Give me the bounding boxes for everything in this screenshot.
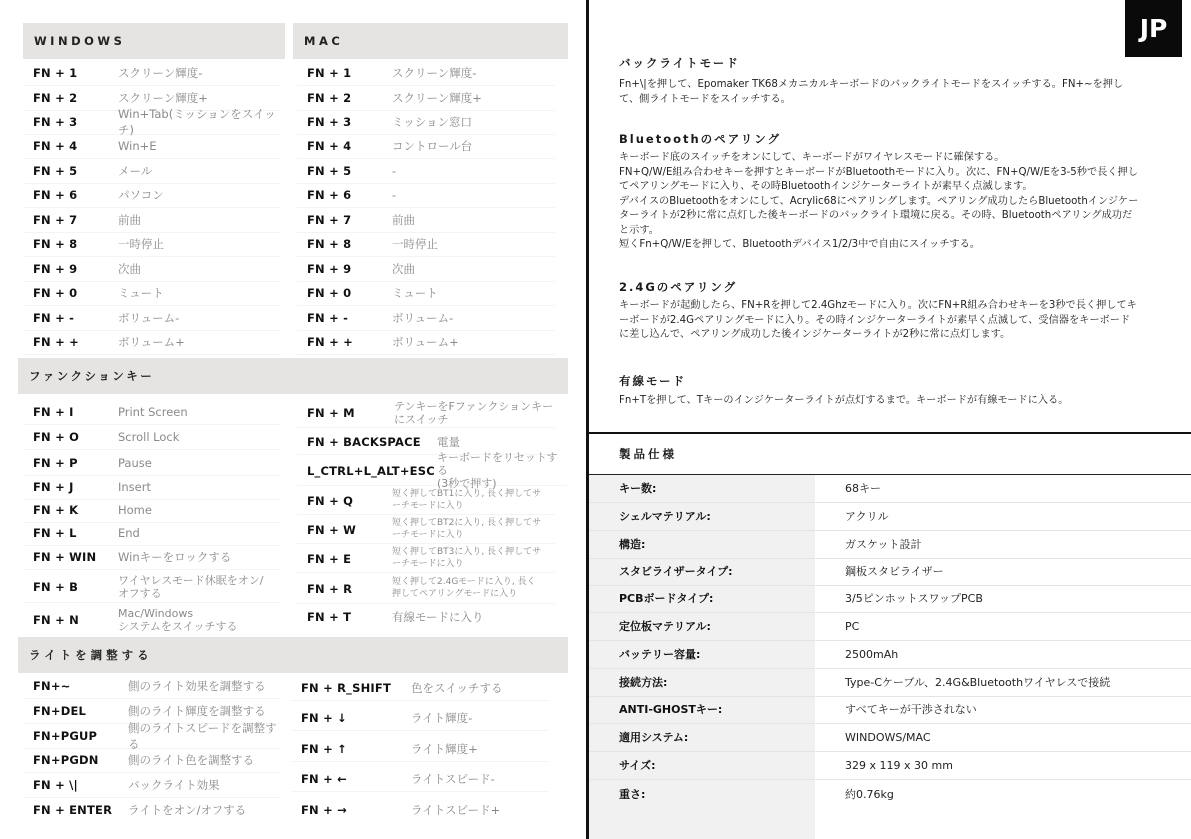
shortcut-action: スクリーン輝度- — [392, 65, 476, 81]
specs-title: 製品仕様 — [619, 446, 677, 462]
shortcut-action: - — [392, 188, 396, 202]
shortcut-action: Mac/Windows システムをスイッチする — [118, 607, 237, 633]
spec-value: すべてキーが干渉されない — [845, 701, 977, 717]
shortcut-key: FN + 8 — [33, 237, 77, 251]
shortcut-action: Home — [118, 503, 152, 517]
shortcut-key: FN+~ — [33, 679, 71, 693]
table-row: FN + NMac/Windows システムをスイッチする — [23, 604, 281, 636]
shortcut-key: FN + 1 — [33, 66, 77, 80]
table-row: FN + Q短く押してBT1に入り, 長く押してサ ーチモードに入り — [297, 487, 555, 515]
shortcut-panel: WINDOWS MAC FN + 1スクリーン輝度- FN + 2スクリーン輝度… — [0, 0, 586, 839]
spec-value: PC — [845, 620, 859, 633]
shortcut-action: ミッション窓口 — [392, 114, 472, 130]
shortcut-key: FN + ← — [301, 772, 347, 786]
table-row: FN + LEnd — [23, 521, 281, 546]
shortcut-action: コントロール台 — [392, 138, 472, 154]
shortcut-action: 前曲 — [392, 212, 415, 228]
shortcut-action: 次曲 — [118, 261, 141, 277]
shortcut-key: FN + + — [307, 335, 353, 349]
shortcut-key: FN + → — [301, 803, 347, 817]
spec-label: サイズ: — [619, 757, 656, 773]
spec-value: アクリル — [845, 508, 889, 524]
shortcut-action: ライトスピード- — [411, 771, 495, 787]
table-row: FN + W短く押してBT2に入り, 長く押してサ ーチモードに入り — [297, 516, 555, 544]
backlight-title: バックライトモード — [619, 55, 740, 71]
shortcut-action: 前曲 — [118, 212, 141, 228]
shortcut-key: FN + P — [33, 456, 78, 470]
spec-label: 適用システム: — [619, 729, 688, 745]
shortcut-key: FN + 9 — [33, 262, 77, 276]
table-row: FN + -ボリューム- — [23, 306, 281, 331]
shortcut-key: FN + - — [33, 311, 74, 325]
table-row: FN+~側のライト効果を調整する — [23, 674, 281, 699]
wired-text: Fn+Tを押して、Tキーのインジケーターライトが点灯するまで。キーボードが有線モ… — [619, 394, 1139, 409]
spec-value: 鋼板スタビライザー — [845, 563, 944, 579]
spec-value: Type-Cケーブル、2.4G&Bluetoothワイヤレスで接続 — [845, 674, 1110, 690]
table-row: FN + ↑ライト輝度+ — [291, 737, 549, 762]
shortcut-action: ミュート — [118, 285, 164, 301]
shortcut-key: FN + BACKSPACE — [307, 435, 421, 449]
table-row: FN + WINWinキーをロックする — [23, 545, 281, 570]
table-row: FN + OScroll Lock — [23, 425, 281, 450]
shortcut-key: FN + - — [307, 311, 348, 325]
shortcut-action: ライトをオン/オフする — [128, 802, 246, 818]
table-row: FN + 6- — [297, 183, 555, 208]
spec-label: シェルマテリアル: — [619, 508, 711, 524]
shortcut-key: FN + 4 — [307, 139, 351, 153]
shortcut-key: FN+PGDN — [33, 753, 99, 767]
table-row: FN + 1スクリーン輝度- — [297, 61, 555, 86]
shortcut-action: バックライト効果 — [128, 777, 220, 793]
shortcut-key: FN + W — [307, 523, 356, 537]
shortcut-key: FN + E — [307, 552, 351, 566]
table-row: 定位板マテリアル:PC — [589, 613, 1191, 641]
shortcut-key: FN + 3 — [33, 115, 77, 129]
shortcut-action: Pause — [118, 456, 152, 470]
table-row: 適用システム:WINDOWS/MAC — [589, 724, 1191, 752]
backlight-text: Fn+\|を押して、Epomaker TK68メカニカルキーボードのバックライト… — [619, 78, 1139, 107]
spec-label: 定位板マテリアル: — [619, 618, 711, 634]
shortcut-action: ボリューム+ — [392, 334, 459, 350]
shortcut-action: 一時停止 — [118, 236, 164, 252]
shortcut-key: FN + 3 — [307, 115, 351, 129]
table-row: FN + R_SHIFT色をスイッチする — [291, 676, 549, 701]
table-row: FN + 3Win+Tab(ミッションをスイッチ) — [23, 110, 281, 135]
shortcut-action: 電量 — [437, 434, 460, 450]
shortcut-key: FN + N — [33, 613, 79, 627]
g24-text: キーボードが起動したら、FN+Rを押して2.4Ghzモードに入り。次にFN+R組… — [619, 299, 1139, 343]
table-row: FN + T有線モードに入り — [297, 605, 555, 630]
table-row: FN+PGDN側のライト色を調整する — [23, 748, 281, 773]
shortcut-action: スクリーン輝度+ — [392, 90, 482, 106]
shortcut-action: ボリューム- — [118, 310, 179, 326]
shortcut-key: FN + 0 — [307, 286, 351, 300]
spec-label: スタビライザータイプ: — [619, 563, 733, 579]
table-row: FN + 8一時停止 — [23, 232, 281, 257]
shortcut-action: ボリューム+ — [118, 334, 185, 350]
shortcut-action: 短く押してBT1に入り, 長く押してサ ーチモードに入り — [392, 489, 541, 512]
shortcut-key: FN+PGUP — [33, 729, 97, 743]
table-row: FN + IPrint Screen — [23, 400, 281, 425]
table-row: FN+PGUP側のライトスピードを調整する — [23, 724, 281, 749]
shortcut-action: End — [118, 526, 140, 540]
shortcut-key: FN + 6 — [33, 188, 77, 202]
shortcut-action: Insert — [118, 480, 151, 494]
spec-label: 重さ: — [619, 786, 645, 802]
shortcut-key: FN + R — [307, 582, 352, 596]
table-row: シェルマテリアル:アクリル — [589, 503, 1191, 531]
spec-label: キー数: — [619, 480, 656, 496]
shortcut-key: FN + J — [33, 480, 74, 494]
shortcut-key: FN + 2 — [33, 91, 77, 105]
shortcut-action: スクリーン輝度+ — [118, 90, 208, 106]
table-row: バッテリー容量:2500mAh — [589, 641, 1191, 669]
shortcut-key: FN + WIN — [33, 550, 96, 564]
table-row: FN + ←ライトスピード- — [291, 767, 549, 792]
table-row: FN + Bワイヤレスモード休眠をオン/ オフする — [23, 571, 281, 603]
table-row: 重さ:約0.76kg — [589, 780, 1191, 808]
table-row: FN + 9次曲 — [23, 257, 281, 282]
shortcut-key: FN + B — [33, 580, 78, 594]
table-row: FN + 5メール — [23, 159, 281, 184]
shortcut-action: 次曲 — [392, 261, 415, 277]
table-row: FN + 1スクリーン輝度- — [23, 61, 281, 86]
shortcut-action: Win+E — [118, 139, 157, 153]
spec-value: 329 x 119 x 30 mm — [845, 759, 953, 772]
spec-value: WINDOWS/MAC — [845, 731, 931, 744]
shortcut-action: 有線モードに入り — [392, 609, 484, 625]
mac-section-header: MAC — [293, 23, 568, 59]
table-row: L_CTRL+L_ALT+ESCキーボードをリセットする (3秒で押す) — [297, 456, 567, 486]
shortcut-action: テンキーをFファンクションキー にスイッチ — [394, 400, 553, 426]
table-row: FN + +ボリューム+ — [297, 330, 555, 355]
table-row: FN + ENTERライトをオン/オフする — [23, 798, 281, 823]
table-row: PCBボードタイプ:3/5ピンホットスワップPCB — [589, 585, 1191, 613]
spec-value: 3/5ピンホットスワップPCB — [845, 590, 983, 606]
spec-label: 構造: — [619, 536, 645, 552]
table-row: FN + +ボリューム+ — [23, 330, 281, 355]
shortcut-key: FN + 7 — [33, 213, 77, 227]
shortcut-action: 一時停止 — [392, 236, 438, 252]
shortcut-action: Win+Tab(ミッションをスイッチ) — [118, 106, 281, 138]
shortcut-key: L_CTRL+L_ALT+ESC — [307, 464, 435, 478]
table-row: FN + 9次曲 — [297, 257, 555, 282]
table-row: FN + \|バックライト効果 — [23, 773, 281, 798]
shortcut-action: メール — [118, 163, 152, 179]
shortcut-key: FN + ↓ — [301, 711, 347, 725]
table-row: FN + 3ミッション窓口 — [297, 110, 555, 135]
table-row: FN + 7前曲 — [23, 208, 281, 233]
table-row: スタビライザータイプ:鋼板スタビライザー — [589, 558, 1191, 586]
table-row: FN + 4Win+E — [23, 134, 281, 159]
spec-value: 約0.76kg — [845, 786, 894, 802]
table-row: FN + 4コントロール台 — [297, 134, 555, 159]
table-row: FN + ↓ライト輝度- — [291, 706, 549, 731]
lighting-section-header: ライトを調整する — [18, 637, 568, 673]
shortcut-action: Scroll Lock — [118, 430, 179, 444]
shortcut-action: Print Screen — [118, 405, 188, 419]
shortcut-key: FN + K — [33, 503, 78, 517]
shortcut-action: 側のライト効果を調整する — [128, 678, 266, 694]
shortcut-key: FN + L — [33, 526, 77, 540]
bluetooth-text: キーボード底のスイッチをオンにして、キーボードがワイヤレスモードに確保する。 F… — [619, 151, 1139, 253]
spec-top-rule — [589, 432, 1191, 434]
table-row: FN + 6パソコン — [23, 183, 281, 208]
shortcut-action: - — [392, 164, 396, 178]
shortcut-key: FN + R_SHIFT — [301, 681, 391, 695]
shortcut-key: FN + O — [33, 430, 79, 444]
function-keys-section-header: ファンクションキー — [18, 358, 568, 394]
shortcut-key: FN + 6 — [307, 188, 351, 202]
shortcut-key: FN + \| — [33, 778, 78, 792]
shortcut-action: ライト輝度+ — [411, 741, 478, 757]
shortcut-action: キーボードをリセットする (3秒で押す) — [437, 451, 567, 490]
shortcut-key: FN + 2 — [307, 91, 351, 105]
wired-title: 有線モード — [619, 373, 686, 389]
shortcut-action: ミュート — [392, 285, 438, 301]
shortcut-key: FN + Q — [307, 494, 353, 508]
table-row: FN + 7前曲 — [297, 208, 555, 233]
shortcut-key: FN + 8 — [307, 237, 351, 251]
language-badge: JP — [1125, 0, 1182, 57]
shortcut-key: FN + I — [33, 405, 74, 419]
shortcut-action: 短く押して2.4Gモードに入り, 長く 押してペアリングモードに入り — [392, 577, 536, 600]
table-row: FN + 0ミュート — [23, 281, 281, 306]
table-row: キー数:68キー — [589, 475, 1191, 503]
table-row: FN + 5- — [297, 159, 555, 184]
spec-value: ガスケット設計 — [845, 536, 921, 552]
shortcut-action: 短く押してBT2に入り, 長く押してサ ーチモードに入り — [392, 518, 541, 541]
shortcut-action: パソコン — [118, 187, 164, 203]
function-keys-title: ファンクションキー — [29, 368, 154, 384]
shortcut-key: FN + 0 — [33, 286, 77, 300]
table-row: FN + PPause — [23, 451, 281, 476]
spec-label: ANTI-GHOSTキー: — [619, 701, 722, 717]
table-row: FN + R短く押して2.4Gモードに入り, 長く 押してペアリングモードに入り — [297, 574, 555, 604]
spec-label: PCBボードタイプ: — [619, 590, 713, 606]
shortcut-key: FN + 9 — [307, 262, 351, 276]
spec-value: 2500mAh — [845, 648, 898, 661]
shortcut-action: ライト輝度- — [411, 710, 472, 726]
shortcut-action: 色をスイッチする — [411, 680, 503, 696]
shortcut-key: FN + ↑ — [301, 742, 347, 756]
shortcut-action: 短く押してBT3に入り, 長く押してサ ーチモードに入り — [392, 547, 541, 570]
shortcut-action: 側のライトスピードを調整する — [128, 720, 281, 752]
g24-title: 2.4Gのペアリング — [619, 279, 737, 295]
shortcut-action: スクリーン輝度- — [118, 65, 202, 81]
windows-section-header: WINDOWS — [23, 23, 285, 59]
shortcut-key: FN + 1 — [307, 66, 351, 80]
table-row: サイズ:329 x 119 x 30 mm — [589, 752, 1191, 780]
table-row: FN + →ライトスピード+ — [291, 798, 549, 823]
table-row: ANTI-GHOSTキー:すべてキーが干渉されない — [589, 696, 1191, 724]
spec-value: 68キー — [845, 480, 881, 496]
shortcut-key: FN + 4 — [33, 139, 77, 153]
shortcut-key: FN + 5 — [307, 164, 351, 178]
lighting-title: ライトを調整する — [29, 647, 153, 663]
table-row: FN + E短く押してBT3に入り, 長く押してサ ーチモードに入り — [297, 545, 555, 573]
bluetooth-title: Bluetoothのペアリング — [619, 131, 781, 147]
table-row: FN + 2スクリーン輝度+ — [297, 86, 555, 111]
shortcut-key: FN+DEL — [33, 704, 86, 718]
mac-title: MAC — [304, 34, 343, 48]
shortcut-action: ボリューム- — [392, 310, 453, 326]
shortcut-key: FN + ENTER — [33, 803, 112, 817]
table-row: 接続方法:Type-Cケーブル、2.4G&Bluetoothワイヤレスで接続 — [589, 669, 1191, 697]
spec-label: 接続方法: — [619, 674, 667, 690]
shortcut-action: ワイヤレスモード休眠をオン/ オフする — [118, 574, 264, 600]
table-row: FN + MテンキーをFファンクションキー にスイッチ — [297, 398, 555, 428]
shortcut-key: FN + T — [307, 610, 351, 624]
shortcut-key: FN + 5 — [33, 164, 77, 178]
table-row: FN + 8一時停止 — [297, 232, 555, 257]
shortcut-action: ライトスピード+ — [411, 802, 500, 818]
manual-panel: JP バックライトモード Fn+\|を押して、Epomaker TK68メカニカ… — [589, 0, 1191, 839]
table-row: FN + -ボリューム- — [297, 306, 555, 331]
shortcut-action: 側のライト輝度を調整する — [128, 703, 266, 719]
table-row: FN + KHome — [23, 498, 281, 523]
table-row: FN + JInsert — [23, 475, 281, 500]
spec-label: バッテリー容量: — [619, 646, 700, 662]
table-row: 構造:ガスケット設計 — [589, 531, 1191, 559]
shortcut-key: FN + + — [33, 335, 79, 349]
shortcut-key: FN + M — [307, 406, 355, 420]
windows-title: WINDOWS — [34, 34, 125, 48]
shortcut-action: Winキーをロックする — [118, 549, 231, 565]
shortcut-key: FN + 7 — [307, 213, 351, 227]
shortcut-action: 側のライト色を調整する — [128, 752, 254, 768]
table-row: FN + 0ミュート — [297, 281, 555, 306]
